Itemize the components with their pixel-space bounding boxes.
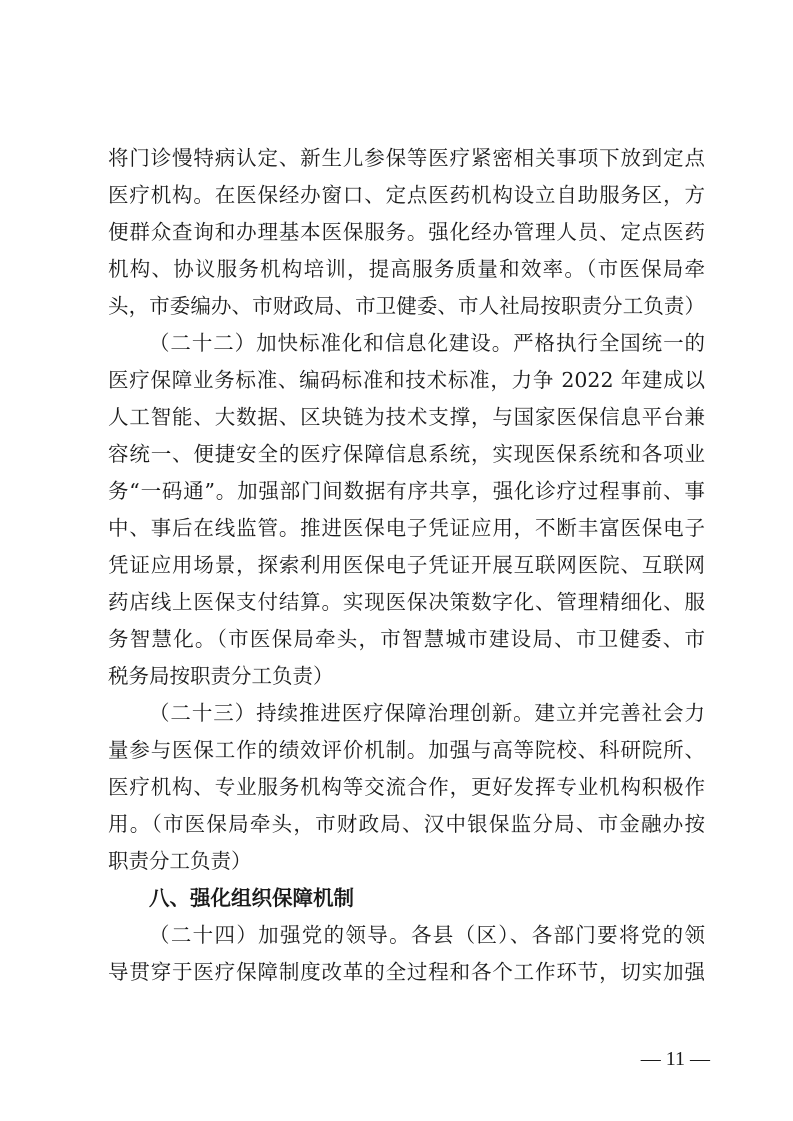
- body-line: 医疗机构、专业服务机构等交流合作，更好发挥专业机构积极作: [108, 769, 705, 806]
- document-body: 将门诊慢特病认定、新生儿参保等医疗紧密相关事项下放到定点 医疗机构。在医保经办窗…: [108, 140, 705, 991]
- body-line: 税务局按职责分工负责）: [108, 658, 705, 695]
- document-page: 将门诊慢特病认定、新生儿参保等医疗紧密相关事项下放到定点 医疗机构。在医保经办窗…: [0, 0, 793, 1121]
- body-line: 人工智能、大数据、区块链为技术支撑，与国家医保信息平台兼: [108, 399, 705, 436]
- body-line: 务“一码通”。加强部门间数据有序共享，强化诊疗过程事前、事: [108, 473, 705, 510]
- body-line: 药店线上医保支付结算。实现医保决策数字化、管理精细化、服: [108, 584, 705, 621]
- body-line: 头，市委编办、市财政局、市卫健委、市人社局按职责分工负责）: [108, 288, 705, 325]
- body-line: 将门诊慢特病认定、新生儿参保等医疗紧密相关事项下放到定点: [108, 140, 705, 177]
- body-line: 中、事后在线监管。推进医保电子凭证应用，不断丰富医保电子: [108, 510, 705, 547]
- section-22-title-line: （二十二）加快标准化和信息化建设。严格执行全国统一的: [108, 325, 705, 362]
- chapter-8-heading: 八、强化组织保障机制: [108, 880, 705, 917]
- body-line: 务智慧化。（市医保局牵头，市智慧城市建设局、市卫健委、市: [108, 621, 705, 658]
- body-line: 便群众查询和办理基本医保服务。强化经办管理人员、定点医药: [108, 214, 705, 251]
- body-line: 导贯穿于医疗保障制度改革的全过程和各个工作环节，切实加强: [108, 954, 705, 991]
- page-number: — 11 —: [620, 1048, 710, 1071]
- body-line: 量参与医保工作的绩效评价机制。加强与高等院校、科研院所、: [108, 732, 705, 769]
- body-line: 用。（市医保局牵头，市财政局、汉中银保监分局、市金融办按: [108, 806, 705, 843]
- section-24-title-line: （二十四）加强党的领导。各县（区）、各部门要将党的领: [108, 917, 705, 954]
- body-line: 机构、协议服务机构培训，提高服务质量和效率。（市医保局牵: [108, 251, 705, 288]
- body-line: 容统一、便捷安全的医疗保障信息系统，实现医保系统和各项业: [108, 436, 705, 473]
- body-line: 医疗保障业务标准、编码标准和技术标准，力争 2022 年建成以: [108, 362, 705, 399]
- section-23-title-line: （二十三）持续推进医疗保障治理创新。建立并完善社会力: [108, 695, 705, 732]
- body-line: 凭证应用场景，探索利用医保电子凭证开展互联网医院、互联网: [108, 547, 705, 584]
- body-line: 职责分工负责）: [108, 843, 705, 880]
- body-line: 医疗机构。在医保经办窗口、定点医药机构设立自助服务区，方: [108, 177, 705, 214]
